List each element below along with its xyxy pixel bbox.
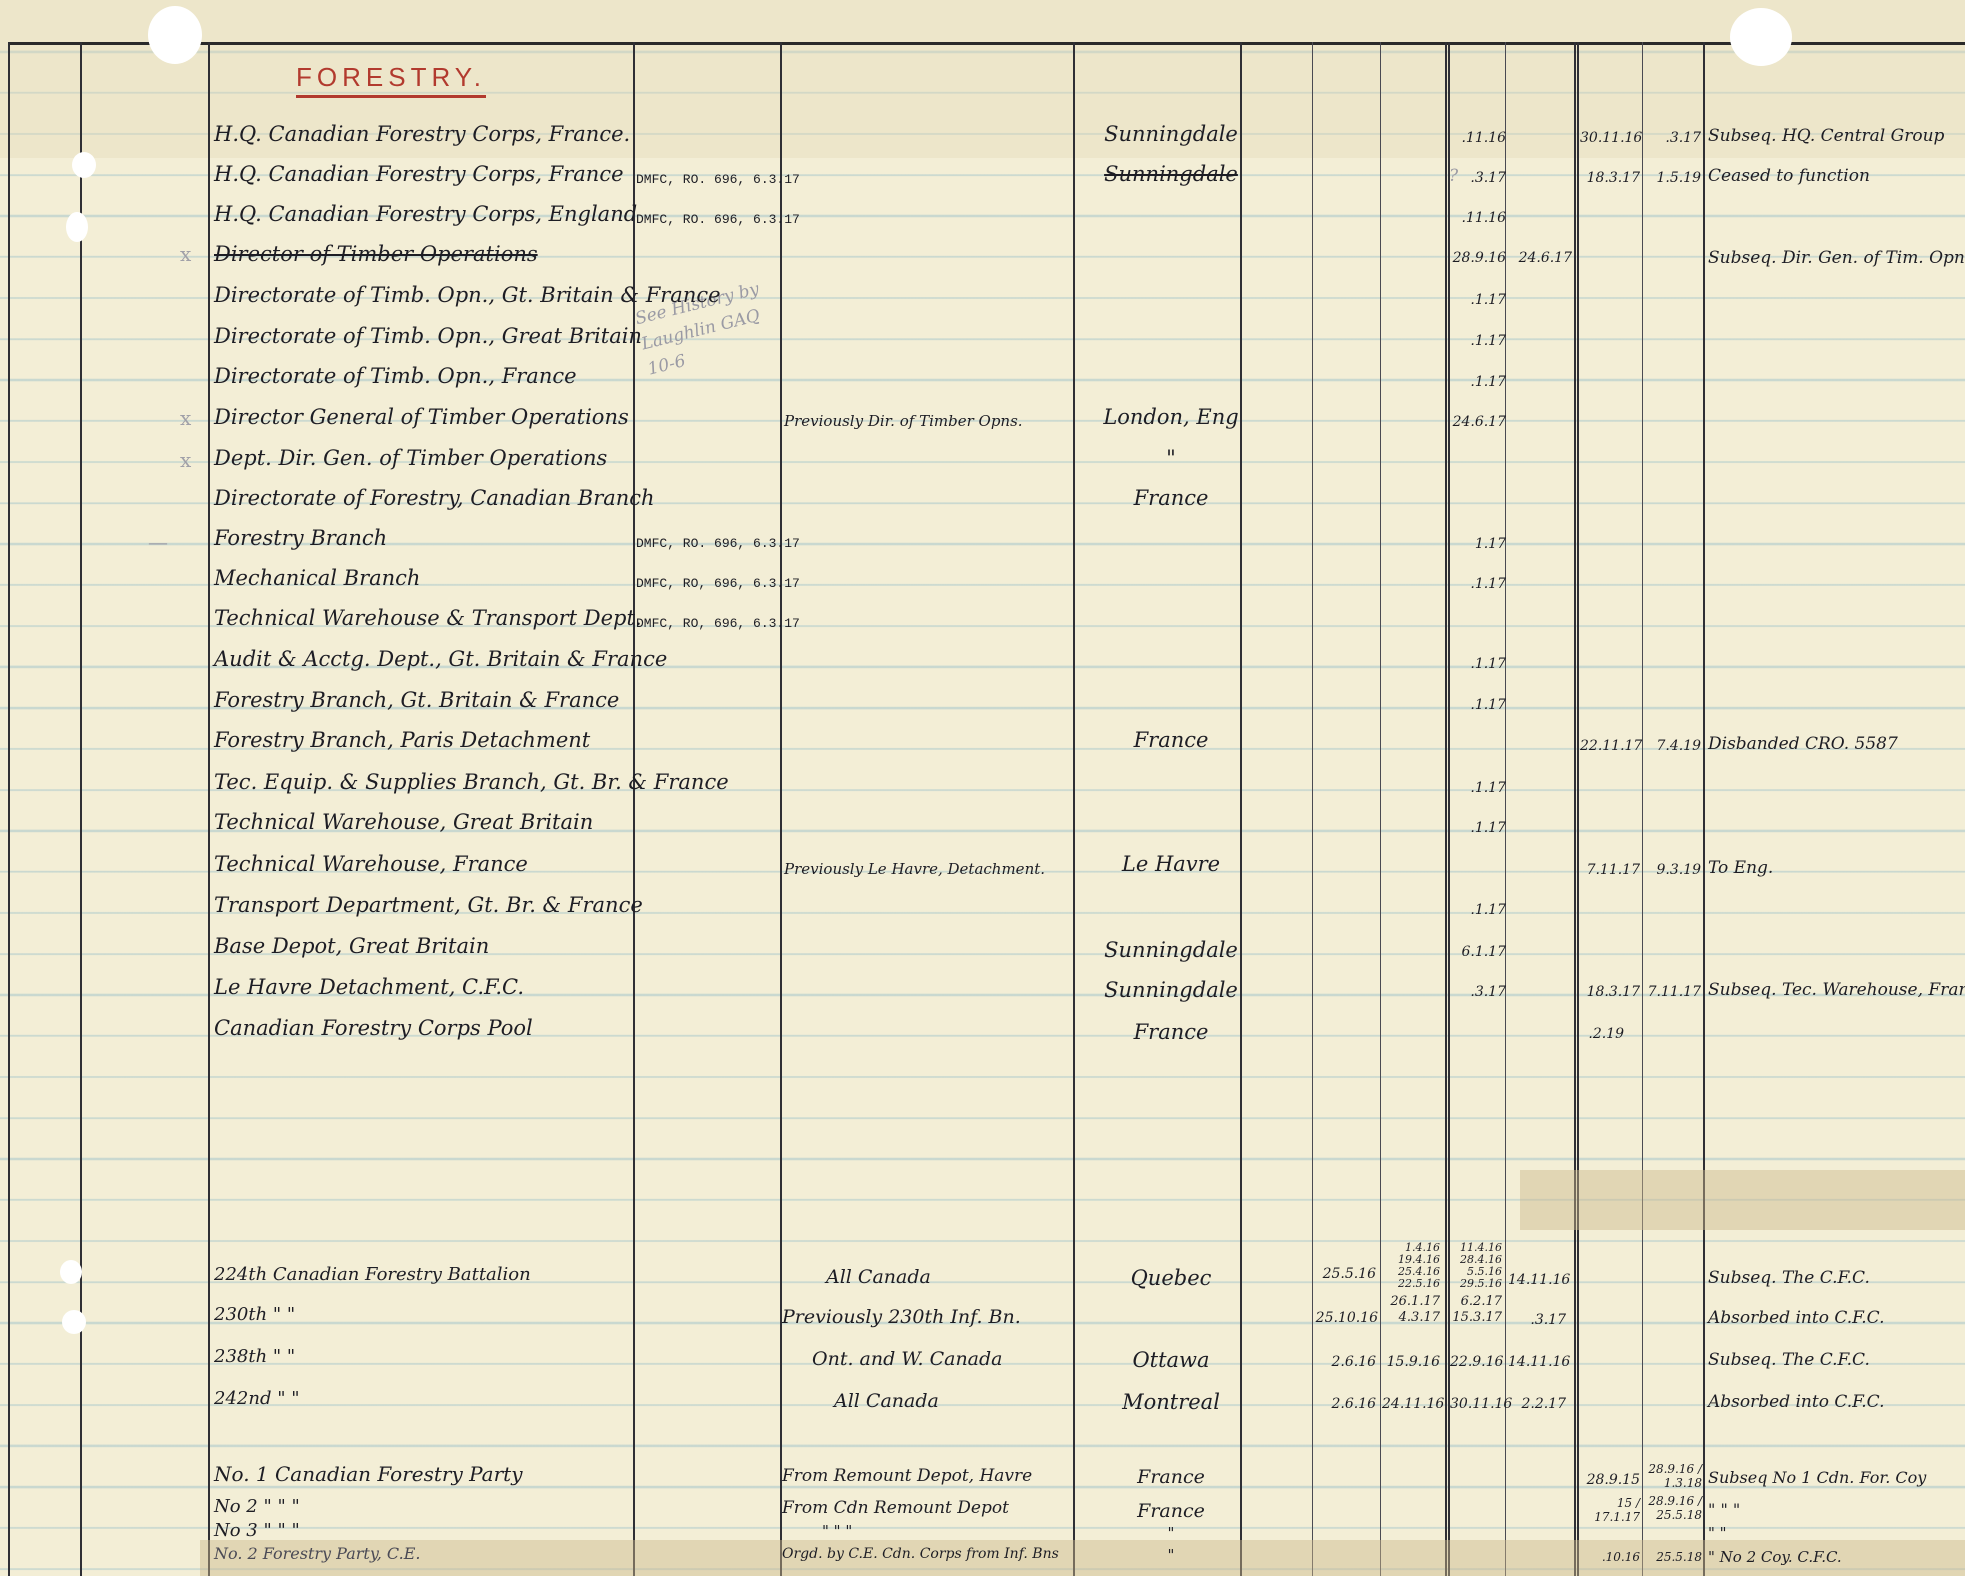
- formed-date: .1.17: [1448, 333, 1506, 349]
- formed-date: .3.17: [1448, 170, 1506, 186]
- formed-date: .1.17: [1448, 374, 1506, 390]
- remarks: Subseq. The C.F.C.: [1708, 1268, 1870, 1288]
- party-name: No. 2 Forestry Party, C.E.: [214, 1544, 420, 1563]
- column-rule: [1073, 42, 1075, 1576]
- column-rule: [780, 42, 782, 1576]
- margin-mark: x: [180, 448, 191, 472]
- formed-date: 24.6.17: [1448, 414, 1506, 430]
- unit-name: Base Depot, Great Britain: [214, 934, 489, 958]
- party-origin: Orgd. by C.E. Cdn. Corps from Inf. Bns: [782, 1546, 1059, 1562]
- unit-location: ": [1076, 446, 1266, 470]
- margin-mark: x: [180, 406, 191, 430]
- unit-name: Audit & Acctg. Dept., Gt. Britain & Fran…: [214, 647, 667, 671]
- ledger-page: FORESTRY. x x x — See History by Laughli…: [0, 0, 1965, 1576]
- absorbed-date: 14.11.16: [1508, 1354, 1566, 1370]
- unit-location: London, Eng: [1076, 405, 1266, 429]
- arrived-dates: 11.4.16 28.4.16 5.5.16 29.5.16: [1450, 1242, 1502, 1290]
- battalion-name: 242nd " ": [214, 1388, 299, 1409]
- remarks: Subseq. HQ. Central Group: [1708, 126, 1944, 146]
- unit-name: Mechanical Branch: [214, 566, 420, 590]
- remarks: Absorbed into C.F.C.: [1708, 1392, 1885, 1412]
- unit-location: Le Havre: [1076, 852, 1266, 876]
- battalion-location: Quebec: [1076, 1266, 1266, 1290]
- punch-hole: [62, 1310, 86, 1334]
- recruiting-area: All Canada: [826, 1266, 931, 1288]
- unit-name: Forestry Branch: [214, 526, 387, 550]
- arrived-dates: 6.2.17 15.3.17: [1450, 1294, 1502, 1326]
- arrived-date: 30.11.16: [1450, 1396, 1502, 1412]
- recruiting-area: All Canada: [834, 1390, 939, 1412]
- absorbed-date: 14.11.16: [1508, 1272, 1566, 1288]
- battalion-location: Ottawa: [1076, 1348, 1266, 1372]
- column-rule: [1312, 42, 1313, 1576]
- ceased-date: 7.4.19: [1645, 738, 1701, 754]
- formed-date: .1.17: [1448, 820, 1506, 836]
- ended-date: 24.6.17: [1510, 250, 1572, 266]
- battalion-name: 238th " ": [214, 1346, 295, 1367]
- battalion-location: Montreal: [1076, 1390, 1266, 1414]
- formed-date: 6.1.17: [1448, 944, 1506, 960]
- remarks: Subseq. The C.F.C.: [1708, 1350, 1870, 1370]
- unit-name: Director General of Timber Operations: [214, 405, 629, 429]
- arrived-date: 28.9.15: [1576, 1472, 1640, 1488]
- column-rule: [1642, 42, 1643, 1576]
- authority-ref: DMFC, RO, 696, 6.3.17: [636, 616, 800, 631]
- absorbed-date: 2.2.17: [1508, 1396, 1566, 1412]
- organized-date: 2.6.16: [1310, 1396, 1376, 1412]
- recruiting-area: Ont. and W. Canada: [812, 1348, 1003, 1370]
- punch-hole: [72, 152, 96, 178]
- top-rule: [8, 42, 1965, 45]
- ceased-date: 9.3.19: [1645, 862, 1701, 878]
- party-name: No. 1 Canadian Forestry Party: [214, 1462, 523, 1486]
- punch-hole: [148, 6, 202, 64]
- unit-location: Sunningdale: [1076, 938, 1266, 962]
- arrived-date: 22.11.17: [1580, 738, 1640, 754]
- arrived-date: 18.3.17: [1580, 170, 1640, 186]
- column-rule: [633, 42, 635, 1576]
- ceased-date: 1.5.19: [1645, 170, 1701, 186]
- remarks: Absorbed into C.F.C.: [1708, 1308, 1885, 1328]
- organized-date: 25.5.16: [1310, 1266, 1376, 1282]
- column-rule: [1703, 42, 1705, 1576]
- unit-location: Sunningdale: [1076, 978, 1266, 1002]
- unit-name: Directorate of Timb. Opn., France: [214, 364, 577, 388]
- organized-date: 25.10.16: [1310, 1310, 1378, 1326]
- ceased-date: 25.5.18: [1644, 1550, 1702, 1564]
- origin: Previously Le Havre, Detachment.: [784, 860, 1045, 878]
- battalion-name: 230th " ": [214, 1304, 295, 1325]
- unit-name: Forestry Branch, Paris Detachment: [214, 728, 590, 752]
- arrived-date: .10.16: [1590, 1550, 1640, 1564]
- unit-name: H.Q. Canadian Forestry Corps, France.: [214, 122, 630, 146]
- formed-date: .1.17: [1448, 576, 1506, 592]
- punch-hole: [60, 1260, 82, 1284]
- unit-location: France: [1076, 728, 1266, 752]
- ceased-date: .3.17: [1645, 130, 1701, 146]
- party-name: No 2 " " ": [214, 1496, 300, 1517]
- margin-mark: —: [148, 530, 168, 554]
- embarked-dates: 1.4.16 19.4.16 25.4.16 22.5.16: [1382, 1242, 1440, 1290]
- remarks: To Eng.: [1708, 858, 1773, 878]
- remarks: " No 2 Coy. C.F.C.: [1708, 1548, 1842, 1566]
- ceased-date: 28.9.16 / 1.3.18: [1644, 1462, 1702, 1490]
- column-rule: [1505, 42, 1506, 1576]
- formed-date: .1.17: [1448, 697, 1506, 713]
- embarked-date: 24.11.16: [1382, 1396, 1440, 1412]
- party-name: No 3 " " ": [214, 1520, 300, 1541]
- paper-stain: [1520, 1170, 1965, 1230]
- remarks: Subseq No 1 Cdn. For. Coy: [1708, 1468, 1926, 1487]
- page-title: FORESTRY.: [296, 62, 486, 98]
- formed-date: .11.16: [1448, 210, 1506, 226]
- column-rule: [8, 42, 10, 1576]
- column-rule: [80, 42, 82, 1576]
- remarks: Disbanded CRO. 5587: [1708, 734, 1898, 754]
- column-rule: [1574, 42, 1579, 1576]
- unit-location: Sunningdale: [1076, 122, 1266, 146]
- formed-date: .11.16: [1448, 130, 1506, 146]
- ceased-date: 28.9.16 / 25.5.18: [1644, 1494, 1702, 1522]
- unit-name: Technical Warehouse, France: [214, 852, 528, 876]
- party-location: ": [1076, 1546, 1266, 1564]
- party-location: France: [1076, 1466, 1266, 1488]
- formed-date: 28.9.16: [1448, 250, 1506, 266]
- unit-name: Le Havre Detachment, C.F.C.: [214, 975, 524, 999]
- remarks: Subseq. Dir. Gen. of Tim. Opn.: [1708, 248, 1965, 268]
- remarks: " ": [1708, 1524, 1727, 1542]
- formed-date: .1.17: [1448, 292, 1506, 308]
- column-rule: [208, 42, 210, 1576]
- absorbed-date: .3.17: [1508, 1312, 1566, 1328]
- origin: Previously Dir. of Timber Opns.: [784, 412, 1023, 430]
- unit-name: Director of Timber Operations: [214, 242, 538, 266]
- arrived-date: 15 / 17.1.17: [1576, 1496, 1640, 1524]
- formed-date: .3.17: [1448, 984, 1506, 1000]
- column-rule: [1445, 42, 1450, 1576]
- arrived-date: 30.11.16: [1580, 130, 1640, 146]
- column-rule: [1240, 42, 1242, 1576]
- unit-name: Forestry Branch, Gt. Britain & France: [214, 688, 619, 712]
- margin-mark: x: [180, 242, 191, 266]
- unit-name: Dept. Dir. Gen. of Timber Operations: [214, 446, 607, 470]
- unit-name: Transport Department, Gt. Br. & France: [214, 893, 643, 917]
- unit-location: Sunningdale: [1076, 162, 1266, 186]
- authority-ref: DMFC, RO. 696, 6.3.17: [636, 172, 800, 187]
- battalion-name: 224th Canadian Forestry Battalion: [214, 1264, 531, 1285]
- formed-date: .1.17: [1448, 656, 1506, 672]
- remarks: " " ": [1708, 1500, 1740, 1519]
- authority-ref: DMFC, RO. 696, 6.3.17: [636, 212, 800, 227]
- punch-hole: [1730, 8, 1792, 66]
- organized-date: 2.6.16: [1310, 1354, 1376, 1370]
- unit-name: Directorate of Timb. Opn., Great Britain: [214, 324, 642, 348]
- party-origin: " " ": [822, 1522, 852, 1540]
- embarked-date: 15.9.16: [1382, 1354, 1440, 1370]
- remarks: Ceased to function: [1708, 166, 1870, 186]
- remarks: Subseq. Tec. Warehouse, France: [1708, 980, 1965, 1000]
- authority-ref: DMFC, RO. 696, 6.3.17: [636, 536, 800, 551]
- unit-name: H.Q. Canadian Forestry Corps, England: [214, 202, 637, 226]
- unit-name: Technical Warehouse & Transport Dept.: [214, 606, 642, 630]
- unit-name: Tec. Equip. & Supplies Branch, Gt. Br. &…: [214, 770, 729, 794]
- column-rule: [1380, 42, 1381, 1576]
- party-origin: From Cdn Remount Depot: [782, 1498, 1009, 1518]
- unit-location: France: [1076, 1020, 1266, 1044]
- authority-ref: DMFC, RO, 696, 6.3.17: [636, 576, 800, 591]
- ceased-date: 7.11.17: [1645, 984, 1701, 1000]
- unit-name: Technical Warehouse, Great Britain: [214, 810, 593, 834]
- party-location: France: [1076, 1500, 1266, 1522]
- party-origin: From Remount Depot, Havre: [782, 1466, 1032, 1486]
- embarked-dates: 26.1.17 4.3.17: [1382, 1294, 1440, 1326]
- arrived-date: .2.19: [1580, 1026, 1624, 1042]
- formed-date: .1.17: [1448, 902, 1506, 918]
- recruiting-area: Previously 230th Inf. Bn.: [782, 1306, 1021, 1328]
- unit-name: Canadian Forestry Corps Pool: [214, 1016, 533, 1040]
- formed-date: .1.17: [1448, 780, 1506, 796]
- formed-date: 1.17: [1448, 536, 1506, 552]
- unit-name: Directorate of Timb. Opn., Gt. Britain &…: [214, 283, 721, 307]
- party-location: ": [1076, 1524, 1266, 1542]
- arrived-date: 7.11.17: [1580, 862, 1640, 878]
- arrived-date: 18.3.17: [1580, 984, 1640, 1000]
- unit-location: France: [1076, 486, 1266, 510]
- punch-hole: [66, 212, 88, 242]
- unit-name: Directorate of Forestry, Canadian Branch: [214, 486, 655, 510]
- unit-name: H.Q. Canadian Forestry Corps, France: [214, 162, 624, 186]
- arrived-date: 22.9.16: [1450, 1354, 1502, 1370]
